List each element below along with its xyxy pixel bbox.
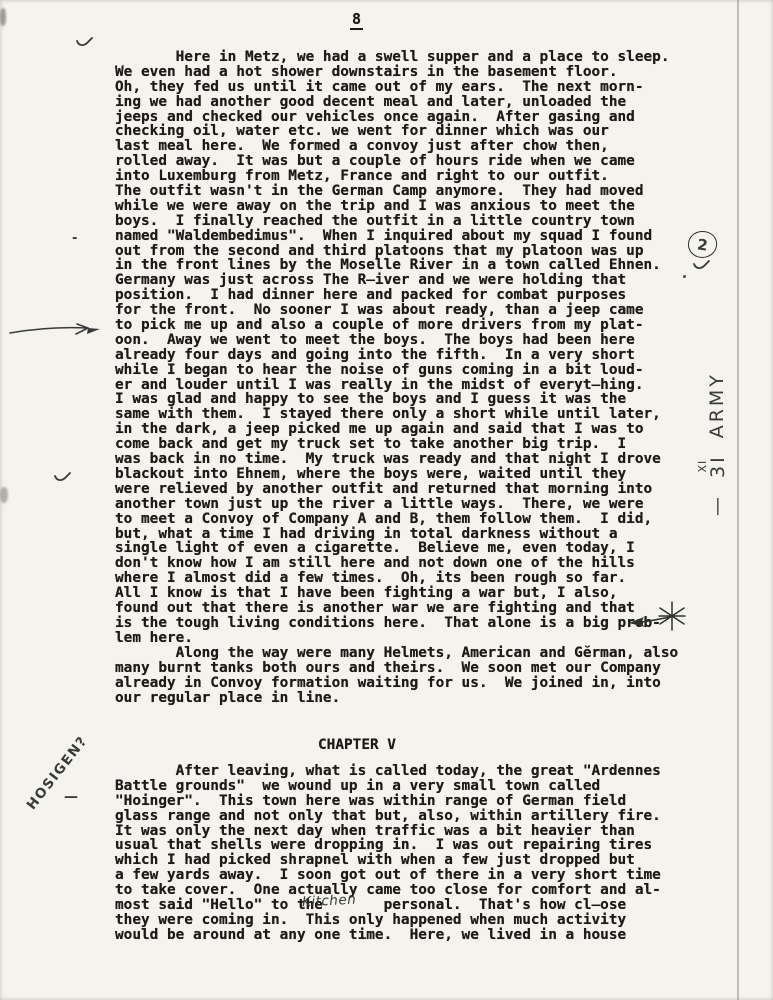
text-line: where I almost did a few times. Oh, its … (115, 571, 670, 586)
text-line: "Hoinger". This town here was within ran… (115, 794, 661, 809)
text-line: most said "Hello" to the personal. That'… (115, 898, 661, 913)
text-line: come back and get my truck set to take a… (115, 437, 670, 452)
army-note-dash: — (706, 494, 728, 516)
text-line: don't know how I am still here and not d… (115, 556, 670, 571)
army-margin-note: — XI 3I ARMY (697, 372, 728, 516)
text-line: rolled away. It was but a couple of hour… (115, 154, 670, 169)
text-line: After leaving, what is called today, the… (115, 764, 661, 779)
text-line: We even had a hot shower downstairs in t… (115, 65, 670, 80)
text-line: oon. Away we went to meet the boys. The … (115, 333, 670, 348)
text-line: a few yards away. I soon got out of ther… (115, 868, 661, 883)
text-line: is the tough living conditions here. Tha… (115, 616, 670, 631)
army-note-numeral: 3I (709, 454, 728, 478)
text-line: while I began to hear the noise of guns … (115, 363, 670, 378)
text-line: already four days and going into the fif… (115, 348, 670, 363)
text-line: they were coming in. This only happened … (115, 913, 661, 928)
handwritten-kitchen-word: Kitchen (302, 892, 357, 911)
chapter-heading: CHAPTER V (318, 737, 396, 753)
scan-edge-line (737, 0, 739, 1000)
paragraph-one: Here in Metz, we had a swell supper and … (115, 50, 670, 646)
text-line: already in Convoy formation waiting for … (115, 676, 678, 691)
text-line: The outfit wasn't in the German Camp any… (115, 184, 670, 199)
hosigen-margin-question: HOSIGEN? (24, 733, 91, 813)
arrow-left-star-icon (626, 600, 688, 642)
text-line: found out that there is another war we a… (115, 601, 670, 616)
text-line: All I know is that I have been fighting … (115, 586, 670, 601)
page-number: 8 (350, 10, 363, 30)
text-line: to pick me up and also a couple of more … (115, 318, 670, 333)
margin-dash-named-line: - (72, 231, 77, 246)
text-line: Oh, they fed us until it came out of my … (115, 80, 670, 95)
check-tick-icon (693, 259, 711, 272)
text-line: into Luxemburg from Metz, France and rig… (115, 169, 670, 184)
check-tick-icon (76, 36, 94, 49)
scan-smudge (0, 8, 6, 26)
margin-dash-hoinger-line: — (64, 789, 76, 805)
paragraph-two: Along the way were many Helmets, America… (115, 646, 678, 706)
text-line: position. I had dinner here and packed f… (115, 288, 670, 303)
text-line: Battle grounds" we wound up in a very sm… (115, 779, 661, 794)
text-line: Here in Metz, we had a swell supper and … (115, 50, 670, 65)
text-line: was back in no time. My truck was ready … (115, 452, 670, 467)
text-line: last meal here. We formed a convoy just … (115, 139, 670, 154)
text-line: to meet a Convoy of Company A and B, the… (115, 512, 670, 527)
arrow-right-icon (8, 318, 104, 340)
text-line: for the front. No sooner I was about rea… (115, 303, 670, 318)
text-line: our regular place in line. (115, 691, 678, 706)
text-line: many burnt tanks both ours and theirs. W… (115, 661, 678, 676)
ink-dot-mark (683, 275, 686, 278)
text-line: in the dark, a jeep picked me up again a… (115, 422, 670, 437)
text-line: would be around at any one time. Here, w… (115, 928, 661, 943)
text-line: which I had picked shrapnel with when a … (115, 853, 661, 868)
text-line: glass range and not only that but, also,… (115, 809, 661, 824)
army-note-numeral-stack: XI 3I (697, 454, 728, 478)
scan-smudge (0, 487, 8, 503)
text-line: another town just up the river a little … (115, 497, 670, 512)
text-line: were relieved by another outfit and retu… (115, 482, 670, 497)
text-line: named "Waldembedimus". When I inquired a… (115, 229, 670, 244)
text-line: to take cover. One actually came too clo… (115, 883, 661, 898)
check-tick-icon (54, 471, 72, 484)
text-line: while we were away on the trip and I was… (115, 199, 670, 214)
scanned-document-page: 8 Here in Metz, we had a swell supper an… (0, 0, 773, 1000)
paragraph-three: After leaving, what is called today, the… (115, 764, 661, 943)
army-note-word: ARMY (706, 372, 728, 438)
text-line: Along the way were many Helmets, America… (115, 646, 678, 661)
text-line: lem here. (115, 631, 670, 646)
circled-number-annotation: 2 (686, 229, 718, 260)
text-line: ing we had another good decent meal and … (115, 95, 670, 110)
text-line: blackout into Ehnem, where the boys were… (115, 467, 670, 482)
text-line: boys. I finally reached the outfit in a … (115, 214, 670, 229)
